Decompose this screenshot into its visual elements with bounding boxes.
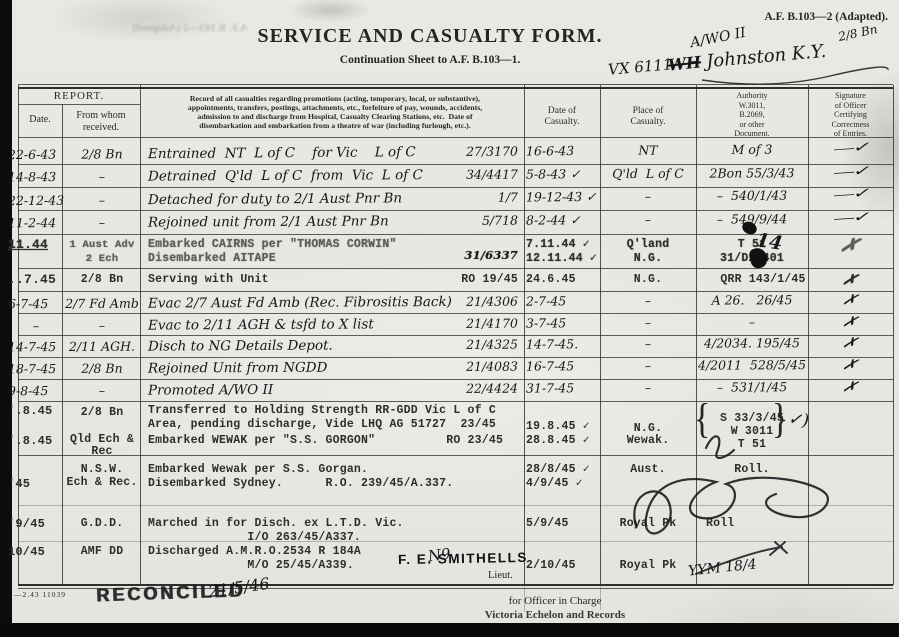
- record-ref: 27/3170: [430, 145, 518, 160]
- casualty-date: 28.8.45 ✓: [526, 434, 600, 448]
- report-date: 14-8-43: [8, 170, 64, 184]
- footer-officer-line1: for Officer in Charge: [470, 595, 640, 607]
- casualty-date: 2/10/45: [526, 559, 600, 573]
- casualty-place: –: [602, 189, 694, 204]
- scanned-document: A.F. B.103—2 (Adapted) A.F. B.103—2 (Ada…: [0, 0, 899, 637]
- report-date: '45: [8, 463, 64, 491]
- col-header-signature: Signature of Officer Certifying Correctn…: [808, 91, 893, 139]
- report-header: REPORT.: [18, 90, 140, 102]
- casualty-place: –: [602, 316, 694, 330]
- report-date: 11.44: [8, 238, 64, 252]
- casualty-date: 2-7-45: [526, 294, 600, 308]
- record-ref: 21/4325: [430, 338, 518, 352]
- report-date: '9/45: [8, 517, 64, 531]
- casualty-date: 31-7-45: [526, 381, 600, 395]
- casualty-place: –: [602, 381, 694, 395]
- scan-edge-bottom: [0, 623, 899, 637]
- report-date: 22-12-43: [8, 194, 64, 208]
- casualty-date: 5-8-43 ✓: [526, 167, 600, 181]
- record-entry: Marched in for Disch. ex L.T.D. Vic. I/O…: [148, 517, 520, 545]
- record-ref: 34/4417: [430, 168, 518, 182]
- casualty-place: –: [602, 359, 694, 373]
- record-ref: 5/718: [430, 214, 518, 228]
- casualty-date: 14-7-45.: [526, 337, 600, 351]
- casualty-date: 16-6-43: [526, 144, 600, 159]
- col-header-casualty-place: Place of Casualty.: [600, 106, 696, 128]
- footer-officer-line2: Victoria Echelon and Records: [450, 609, 660, 621]
- record-ref: 1/7: [430, 191, 518, 206]
- hand-rank-note: A/WO II: [689, 25, 747, 51]
- casualty-date: 3-7-45: [526, 316, 600, 330]
- bleed-through-text: A.F. B.103—2 (Adapted): [18, 22, 248, 34]
- casualty-place: –: [602, 213, 694, 227]
- report-date: –: [8, 319, 64, 333]
- casualty-date: 28/8/45 ✓ 4/9/45 ✓: [526, 463, 600, 491]
- grid-line: [18, 84, 893, 85]
- authority: – 531/1/45: [698, 380, 806, 395]
- from-whom: 2/8 Bn: [64, 273, 140, 287]
- from-whom: –: [64, 193, 140, 208]
- page-title: SERVICE AND CASUALTY FORM.: [230, 25, 630, 48]
- report-date: 10/45: [8, 545, 64, 559]
- record-entry: Embarked WEWAK per "S.S. GORGON" RO 23/4…: [148, 434, 520, 448]
- report-date: '.8.45: [8, 434, 64, 448]
- from-whom: 2/8 Bn: [64, 147, 140, 162]
- from-whom: –: [64, 216, 140, 230]
- casualty-place: –: [602, 337, 694, 351]
- signature-mark: —✓: [781, 138, 899, 161]
- from-whom: –: [64, 319, 140, 333]
- record-entry: Embarked Wewak per S.S. Gorgan. Disembar…: [148, 463, 520, 491]
- casualty-place: NT: [602, 143, 694, 158]
- report-date: 14-7-45: [8, 340, 64, 354]
- from-whom: 1 Aust Adv 2 Ech: [64, 238, 140, 266]
- col-header-record: Record of all casualties regarding promo…: [150, 94, 520, 130]
- report-date: ..7.45: [8, 273, 64, 287]
- table-row: ..7.45 2/8 Bn Serving with Unit RO 19/45…: [0, 273, 899, 291]
- from-whom: AMF DD: [64, 545, 140, 559]
- report-date: 22-6-43: [8, 148, 64, 162]
- grid-line: [18, 268, 893, 269]
- form-code-hand-note: 2/8 Bn: [837, 22, 879, 44]
- from-whom: 2/11 AGH.: [64, 340, 140, 354]
- casualty-date: 8-2-44 ✓: [526, 213, 600, 227]
- report-date: 9-8-45: [8, 384, 64, 398]
- from-whom: 2/7 Fd Amb: [64, 297, 140, 311]
- pen-stroke: [690, 540, 794, 580]
- from-whom: 2/8 Bn: [64, 362, 140, 376]
- record-ref: RO 19/45: [430, 273, 518, 287]
- casualty-date: 5/9/45: [526, 517, 600, 531]
- col-header-from-whom: From whom received.: [62, 110, 140, 134]
- col-header-authority: Authority W.3011, B.2069, or other Docum…: [696, 91, 808, 139]
- authority: 4/2011 528/5/45: [698, 358, 806, 373]
- authority: 4/2034. 195/45: [698, 336, 806, 351]
- from-whom: G.D.D.: [64, 517, 140, 531]
- from-whom: –: [64, 384, 140, 398]
- record-ref: 21/4170: [430, 317, 518, 331]
- record-ref: 21/4083: [430, 360, 518, 374]
- report-date: 6-7-45: [8, 297, 64, 311]
- record-ref: 21/4306: [430, 295, 518, 309]
- col-header-casualty-date: Date of Casualty.: [524, 106, 600, 128]
- record-ref: 31/6337: [430, 248, 518, 262]
- col-header-date: Date.: [18, 114, 62, 125]
- casualty-place: –: [602, 294, 694, 308]
- print-code: —2.43 11039: [14, 590, 66, 599]
- signature-mark: ✗: [808, 233, 892, 258]
- casualty-date: 16-7-45: [526, 359, 600, 373]
- casualty-place: Q'land N.G.: [602, 238, 694, 266]
- casualty-place: Q'ld L of C: [602, 167, 694, 181]
- report-date: 11-2-44: [8, 216, 64, 230]
- officer-rank-label: Lieut.: [488, 570, 513, 581]
- authority: –: [698, 315, 806, 330]
- from-whom: –: [64, 170, 140, 184]
- page-subtitle: Continuation Sheet to A.F. B.103—1.: [280, 54, 580, 66]
- casualty-date: 24.6.45: [526, 273, 600, 287]
- from-whom: 2/8 Bn: [64, 406, 140, 420]
- hand-serial-number: VX 6111: [607, 55, 673, 79]
- form-code: A.F. B.103—2 (Adapted).: [690, 11, 888, 23]
- casualty-date: 19-12-43 ✓: [526, 190, 600, 205]
- casualty-date: 7.11.44 ✓ 12.11.44 ✓: [526, 238, 600, 266]
- record-ref: 22/4424: [430, 382, 518, 396]
- from-whom: N.S.W. Ech & Rec.: [64, 463, 140, 489]
- report-date: 18-7-45: [8, 362, 64, 376]
- casualty-date: 19.8.45 ✓: [526, 420, 600, 434]
- grid-line: [18, 87, 893, 89]
- hand-struck-initials: WH: [667, 52, 702, 74]
- from-whom: Qld Ech & Rec: [64, 434, 140, 458]
- record-entry: Transferred to Holding Strength RR-GDD V…: [148, 404, 520, 432]
- officer-name-stamp: F. E. SMITHELLS: [398, 550, 528, 567]
- casualty-place: N.G.: [602, 273, 694, 287]
- reconciled-date: 21/5/46: [207, 574, 271, 601]
- report-date: '.8.45: [8, 404, 64, 418]
- grid-line: [18, 104, 140, 105]
- authority: A 26. 26/45: [698, 293, 806, 308]
